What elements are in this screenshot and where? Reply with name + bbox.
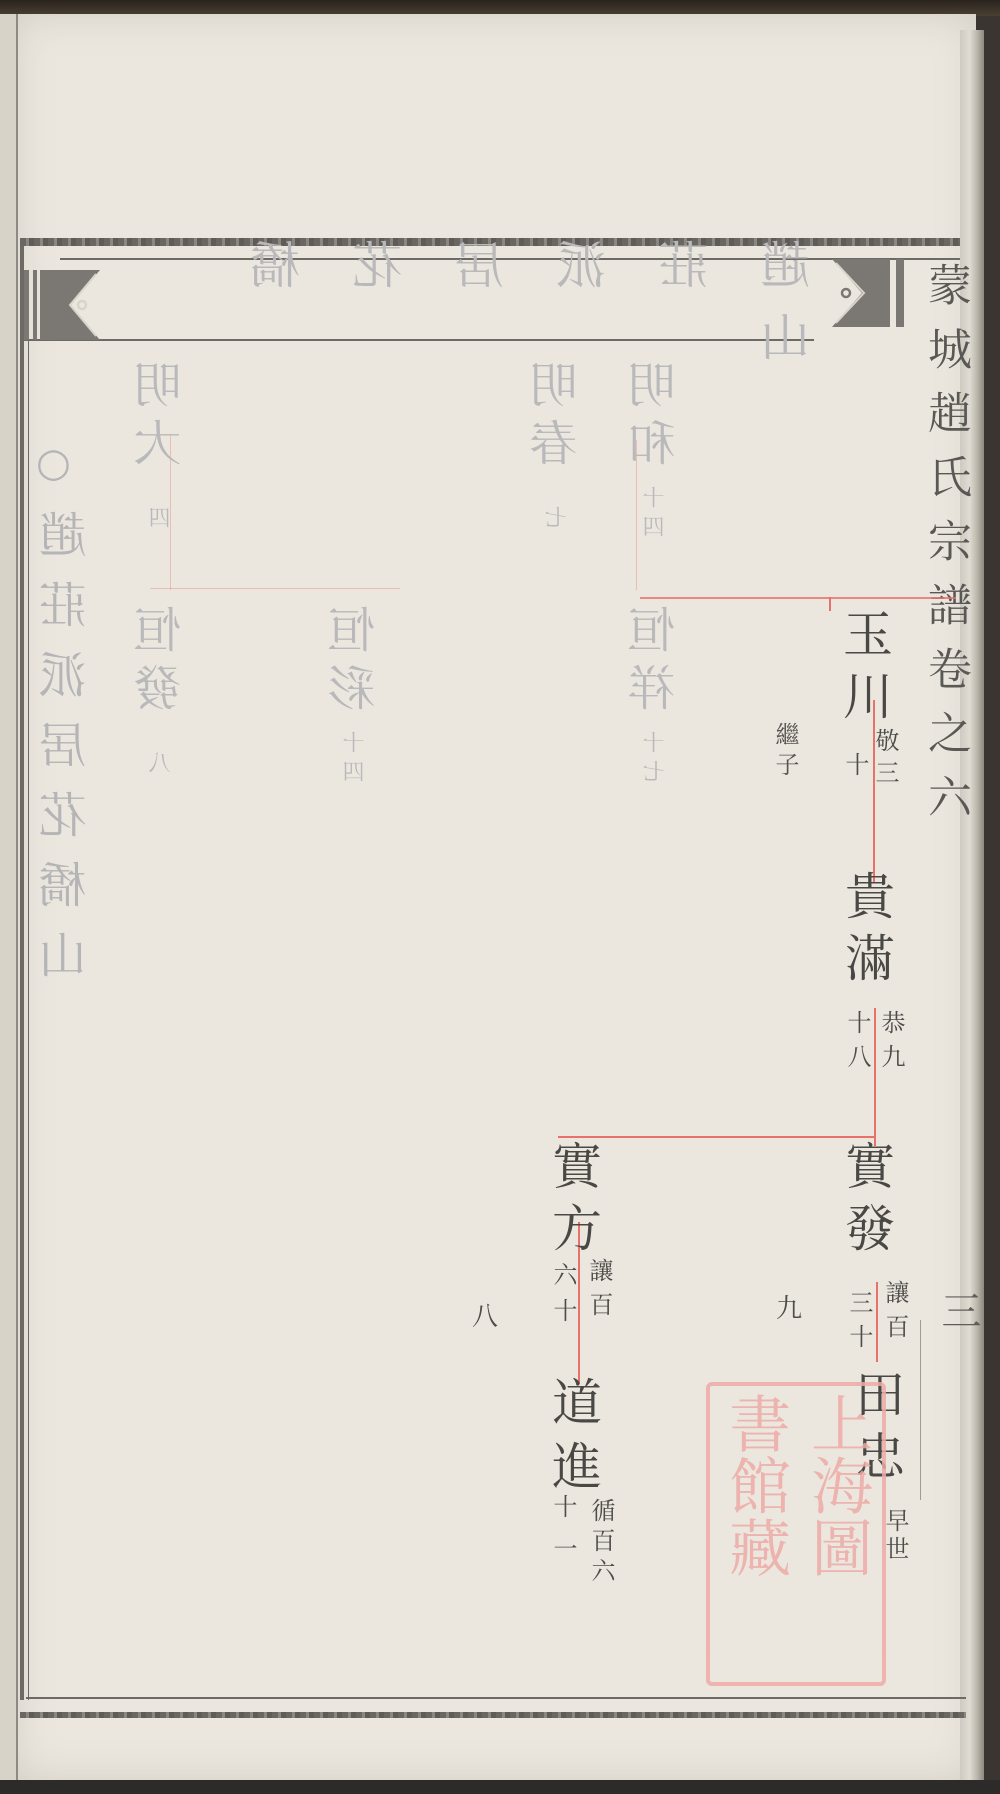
left-border-thick: [20, 240, 24, 1700]
person-age-note: 三十: [842, 1290, 877, 1358]
fishtail-ornament-left-icon: [24, 270, 108, 340]
person-title-note: 恭九: [874, 1010, 909, 1078]
bottom-inner-rule: [26, 1697, 966, 1699]
left-border-thin: [28, 330, 29, 1700]
bleed-note: 四: [151, 506, 173, 528]
person-age-note: 十八: [840, 1010, 875, 1078]
person-name: 實發: [841, 1140, 891, 1264]
bleed-column-hengfa: 恒發 八: [134, 605, 190, 773]
bleed-circle-mark: ○: [36, 440, 71, 486]
fishtail-ornament-icon: [832, 259, 908, 327]
person-name: 實方: [548, 1140, 598, 1264]
bleed-name: 明春: [534, 360, 582, 476]
person-age-note: 十一: [546, 1494, 581, 1578]
seal-right-column: 上海圖: [801, 1392, 872, 1676]
lineage-drop-yuchuan: [829, 597, 831, 611]
bleed-column-hengcai: 恒彩 十 四: [328, 605, 384, 782]
generation-label-eight: 八: [472, 1296, 498, 1333]
person-title-note: 讓百: [582, 1258, 617, 1326]
person-shifang: 實方: [545, 1140, 601, 1264]
person-remark-adopted: 繼子: [768, 722, 803, 782]
person-guiman: 貴滿: [838, 870, 894, 994]
header-bleedthrough-text: 趙莊派居花橋山: [110, 262, 810, 334]
bleed-red-line: [150, 588, 400, 589]
bottom-outer-rule: [20, 1712, 966, 1718]
person-name: 道進: [548, 1376, 598, 1504]
person-age-note: 六十: [546, 1262, 581, 1334]
bleed-note: 十 四: [645, 486, 667, 537]
bleed-column-mingda: 明大 四: [134, 360, 190, 528]
library-seal-stamp: 書館藏 上海圖: [706, 1382, 886, 1686]
person-name: 玉川: [839, 608, 889, 732]
lineage-line-top: [640, 597, 956, 599]
left-page-edge: [0, 14, 18, 1780]
bleed-name: 恒祥: [632, 605, 680, 721]
person-name: 貴滿: [841, 870, 891, 994]
seal-text-left: 書館藏: [719, 1392, 790, 1578]
bleed-name: 明大: [138, 360, 186, 476]
bleed-column-mingchun: 明春 七: [530, 360, 586, 528]
bleed-left-margin-text: 趙莊派居花橋山: [32, 510, 101, 1000]
bleed-note: 十 七: [645, 731, 667, 782]
person-daojin: 道進: [545, 1376, 601, 1504]
bleed-note: 七: [547, 506, 569, 528]
generation-label-nine: 九: [776, 1288, 802, 1325]
person-title-note: 讓百: [878, 1280, 913, 1348]
header-bleedthrough-label: 趙莊派居花橋山: [110, 226, 810, 370]
bleed-name: 恒發: [138, 605, 186, 721]
bleed-note: 十 四: [345, 731, 367, 782]
bleed-column-hengxiang: 恒祥 十 七: [628, 605, 684, 782]
book-title-column: 蒙城趙氏宗譜卷之六: [922, 262, 968, 838]
person-shifa: 實發: [838, 1140, 894, 1264]
book-title: 蒙城趙氏宗譜卷之六: [923, 262, 967, 838]
person-title-note: 循百六: [584, 1498, 619, 1588]
person-title-note: 敬三: [868, 728, 903, 792]
page-number: 三: [930, 1290, 987, 1330]
bleed-column-minghe: 明和 十 四: [628, 360, 684, 537]
person-yuchuan: 玉川: [836, 608, 892, 732]
lineage-branch-line: [558, 1136, 876, 1138]
bleed-note: 八: [151, 751, 173, 773]
right-margin-rule: [920, 1320, 921, 1500]
bleed-name: 恒彩: [332, 605, 380, 721]
seal-text-right: 上海圖: [801, 1392, 872, 1578]
bleed-name: 明和: [632, 360, 680, 476]
seal-left-column: 書館藏: [719, 1392, 790, 1676]
book-bottom-edge: [0, 1780, 1000, 1794]
